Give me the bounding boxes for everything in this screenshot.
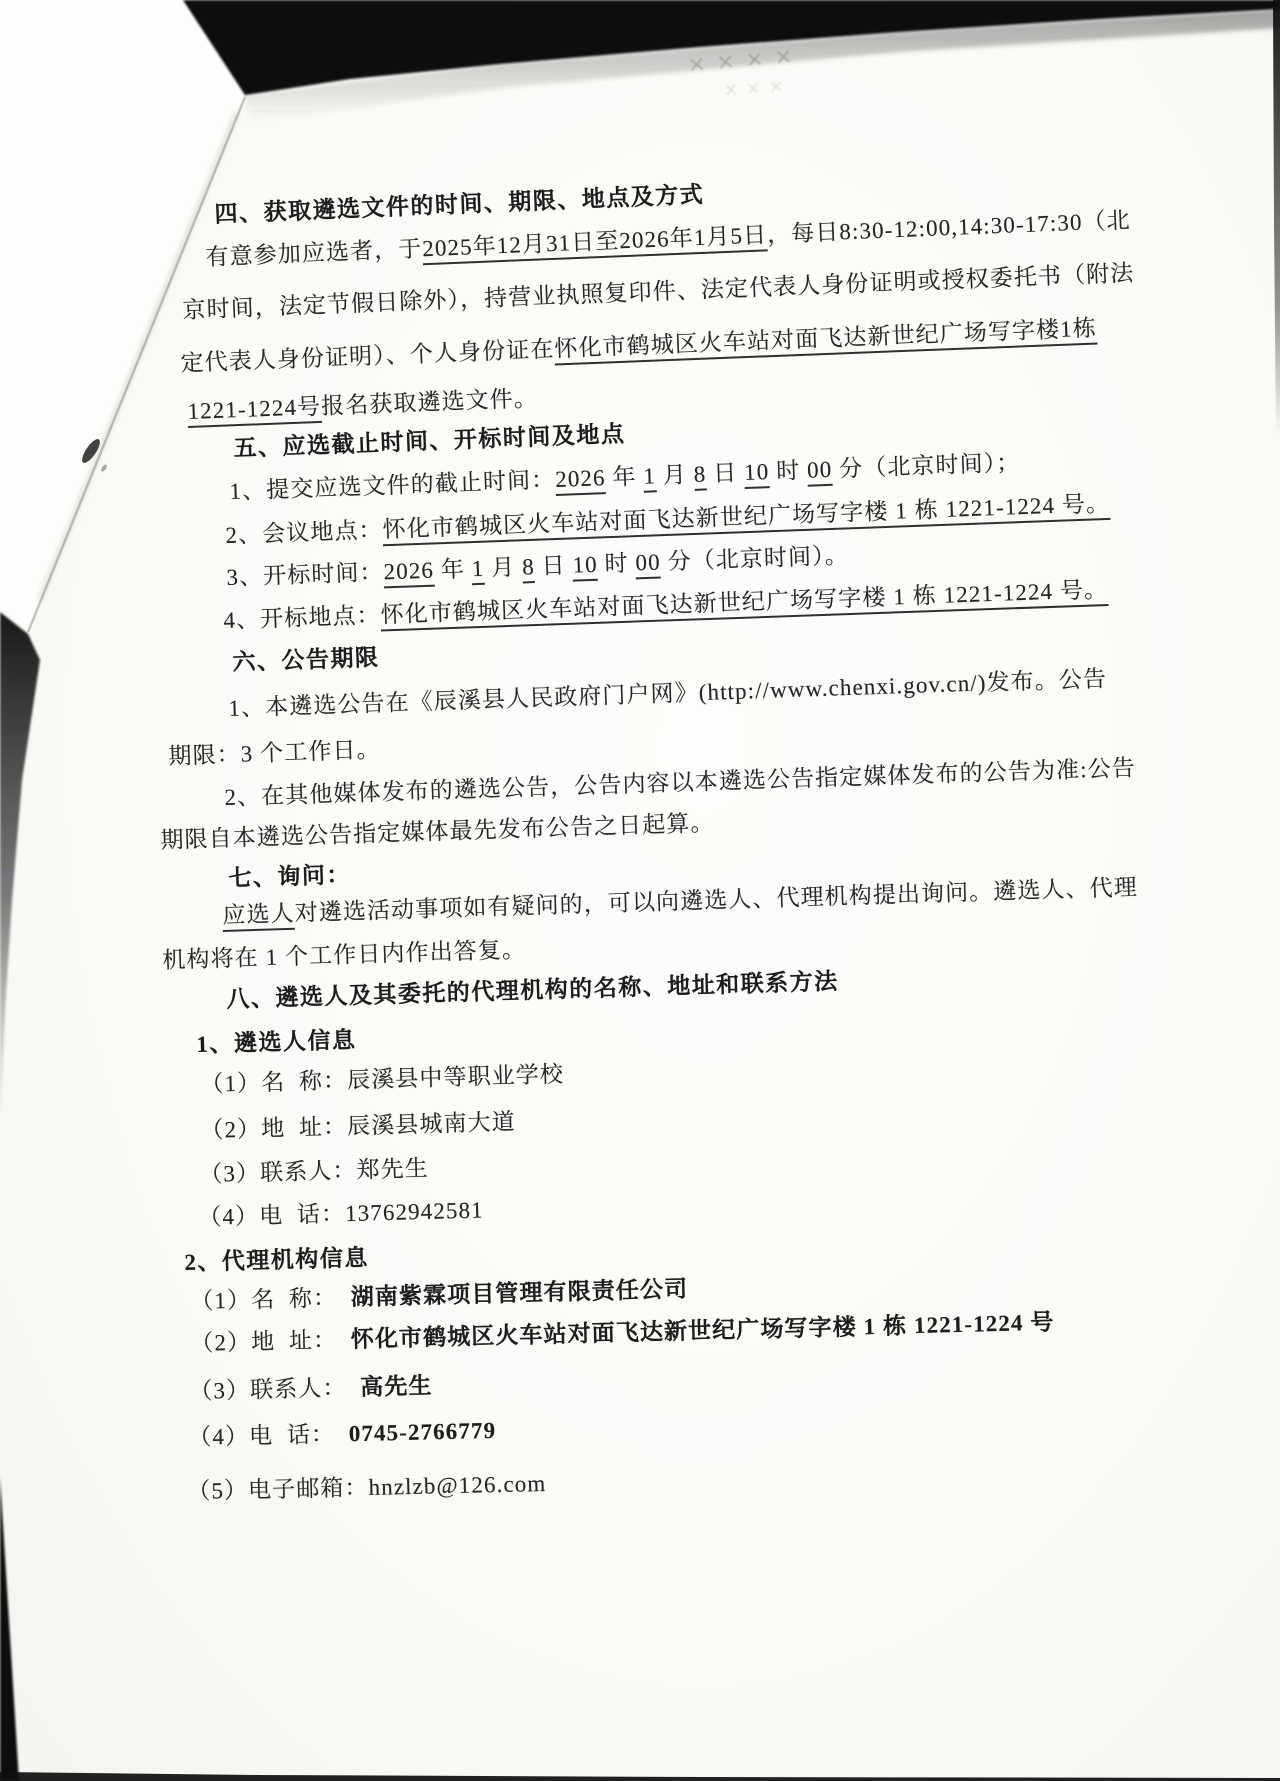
underlined-text-segment: 2026 [555,465,606,496]
text-segment: 八、遴选人及其委托的代理机构的名称、地址和联系方法 [226,969,839,1012]
text-line: 应选人对遴选活动事项如有疑问的，可以向遴选人、代理机构提出询问。遴选人、代理 [222,873,1138,931]
text-segment: 年 [605,464,644,490]
text-line: （3）联系人： 高先生 [189,1371,433,1407]
text-segment: 怀化市鹤城区火车站对面飞达新世纪广场写字楼 1 栋 1221-1224 号 [351,1310,1055,1352]
underlined-text-segment: 00 [635,550,661,580]
text-segment: （5）电子邮箱： [187,1475,369,1504]
text-line: 机构将在 1 个工作日内作出答复。 [162,935,526,976]
text-segment: 2、代理机构信息 [184,1245,369,1275]
text-segment: 定代表人身份证明）、个人身份证在 [180,337,555,376]
text-line: 期限：3 个工作日。 [168,735,381,772]
underlined-text-segment: 2025年12月31日至2026年1月5日 [422,222,768,265]
text-line: 2、代理机构信息 [184,1243,369,1278]
text-segment: 分（北京时间）。 [660,543,849,575]
text-segment: 0745-2766779 [349,1418,497,1446]
text-segment: ，每日8:30-12:00,14:30-17:30（北 [767,208,1132,248]
text-segment: （2）地 址：辰溪县城南大道 [200,1109,516,1143]
underlined-text-segment: 怀化市鹤城区火车站对面飞达新世纪广场写字楼 1 栋 1221-1224 号。 [380,577,1109,632]
text-segment: （3）联系人：郑先生 [199,1156,429,1187]
text-line: 定代表人身份证明）、个人身份证在怀化市鹤城区火车站对面飞达新世纪广场写字楼1栋 [180,313,1097,378]
text-segment: 4、开标地点： [223,602,381,632]
text-segment: （4）电 话：13762942581 [198,1197,484,1230]
underlined-text-segment: 00 [807,457,833,487]
ink-showthrough-mark: ××× [723,74,793,106]
text-segment: 京时间，法定节假日除外），持营业执照复印件、法定代表人身份证明或授权委托书（附法 [182,260,1135,323]
underlined-text-segment: 怀化市鹤城区火车站对面飞达新世纪广场写字楼 1 栋 1221-1224 号。 [382,491,1111,546]
text-segment: hnzlzb@126.com [368,1471,546,1500]
text-segment: 1、遴选人信息 [196,1027,357,1057]
underlined-text-segment: 1221-1224号 [187,394,322,428]
text-segment: 机构将在 1 个工作日内作出答复。 [162,937,526,973]
text-line: （1）名 称：辰溪县中等职业学校 [200,1060,564,1100]
text-segment: 分（北京时间）； [832,450,1021,482]
text-segment: 高先生 [360,1373,433,1400]
text-line: （2）地 址：辰溪县城南大道 [200,1107,516,1146]
text-segment: （4）电 话： [188,1421,349,1450]
text-line: 1221-1224号报名获取遴选文件。 [187,384,538,427]
text-line: 期限自本遴选公告指定媒体最先发布公告之日起算。 [160,808,715,856]
text-line: （2）地 址： 怀化市鹤城区火车站对面飞达新世纪广场写字楼 1 栋 1221-1… [190,1308,1055,1359]
text-line: （3）联系人：郑先生 [199,1154,429,1190]
underlined-text-segment: 怀化市鹤城区火车站对面飞达新世纪广场写字楼1栋 [554,315,1098,365]
text-segment: 六、公告期限 [232,645,380,675]
underlined-text-segment: 1 [643,463,657,492]
text-segment: 七、询问： [228,862,351,891]
text-line: 京时间，法定节假日除外），持营业执照复印件、法定代表人身份证明或授权委托书（附法 [182,258,1135,325]
text-segment: 湖南紫霖项目管理有限责任公司 [350,1276,688,1310]
text-segment: （1）名 称：辰溪县中等职业学校 [200,1062,564,1097]
underlined-text-segment: 应选人 [222,901,295,932]
text-line: （5）电子邮箱：hnzlzb@126.com [187,1469,547,1507]
text-segment: 日 [534,553,573,579]
text-segment: 期限自本遴选公告指定媒体最先发布公告之日起算。 [160,810,715,853]
text-line: 五、应选截止时间、开标时间及地点 [233,419,626,464]
text-segment: 月 [656,462,695,488]
text-line: 八、遴选人及其委托的代理机构的名称、地址和联系方法 [226,967,839,1015]
text-segment: （2）地 址： [190,1327,351,1356]
text-segment: （3）联系人： [189,1375,360,1404]
text-segment: （1）名 称： [190,1285,351,1314]
underlined-text-segment: 2026 [383,558,434,589]
text-segment: 3、开标时间： [226,559,384,590]
scanned-document-page: 四、获取遴选文件的时间、期限、地点及方式有意参加应选者，于2025年12月31日… [0,0,1280,1781]
document-text-layer: 四、获取遴选文件的时间、期限、地点及方式有意参加应选者，于2025年12月31日… [0,0,1280,1781]
text-segment: 1、本遴选公告在《辰溪县人民政府门户网》(http://www.chenxi.g… [228,666,1107,721]
text-segment: 日 [706,460,745,486]
text-line: （4）电 话：13762942581 [198,1195,484,1232]
underlined-text-segment: 1 [471,556,485,585]
underlined-text-segment: 10 [744,459,770,489]
text-line: 四、获取遴选文件的时间、期限、地点及方式 [214,180,705,230]
text-line: （1）名 称： 湖南紫霖项目管理有限责任公司 [190,1274,689,1316]
text-line: 六、公告期限 [232,643,380,678]
text-segment: 年 [434,556,473,582]
text-segment: 四、获取遴选文件的时间、期限、地点及方式 [214,182,705,227]
text-segment: 有意参加应选者，于 [205,236,423,270]
text-segment: 月 [484,554,523,580]
text-segment: 报名获取遴选文件。 [321,386,539,419]
text-line: 1、遴选人信息 [196,1025,357,1060]
text-segment: 1、提交应选文件的截止时间： [229,467,556,504]
text-segment: 五、应选截止时间、开标时间及地点 [233,421,626,461]
text-line: 七、询问： [228,860,351,894]
text-segment: 期限：3 个工作日。 [168,737,381,769]
text-segment: 时 [769,458,808,484]
text-segment: 2、会议地点： [225,517,383,548]
text-segment: 对遴选活动事项如有疑问的，可以向遴选人、代理机构提出询问。遴选人、代理 [294,875,1138,926]
text-line: （4）电 话： 0745-2766779 [188,1416,496,1453]
text-segment: 时 [597,550,636,576]
underlined-text-segment: 10 [572,552,598,582]
text-line: 3、开标时间：2026 年 1 月 8 日 10 时 00 分（北京时间）。 [226,541,849,593]
